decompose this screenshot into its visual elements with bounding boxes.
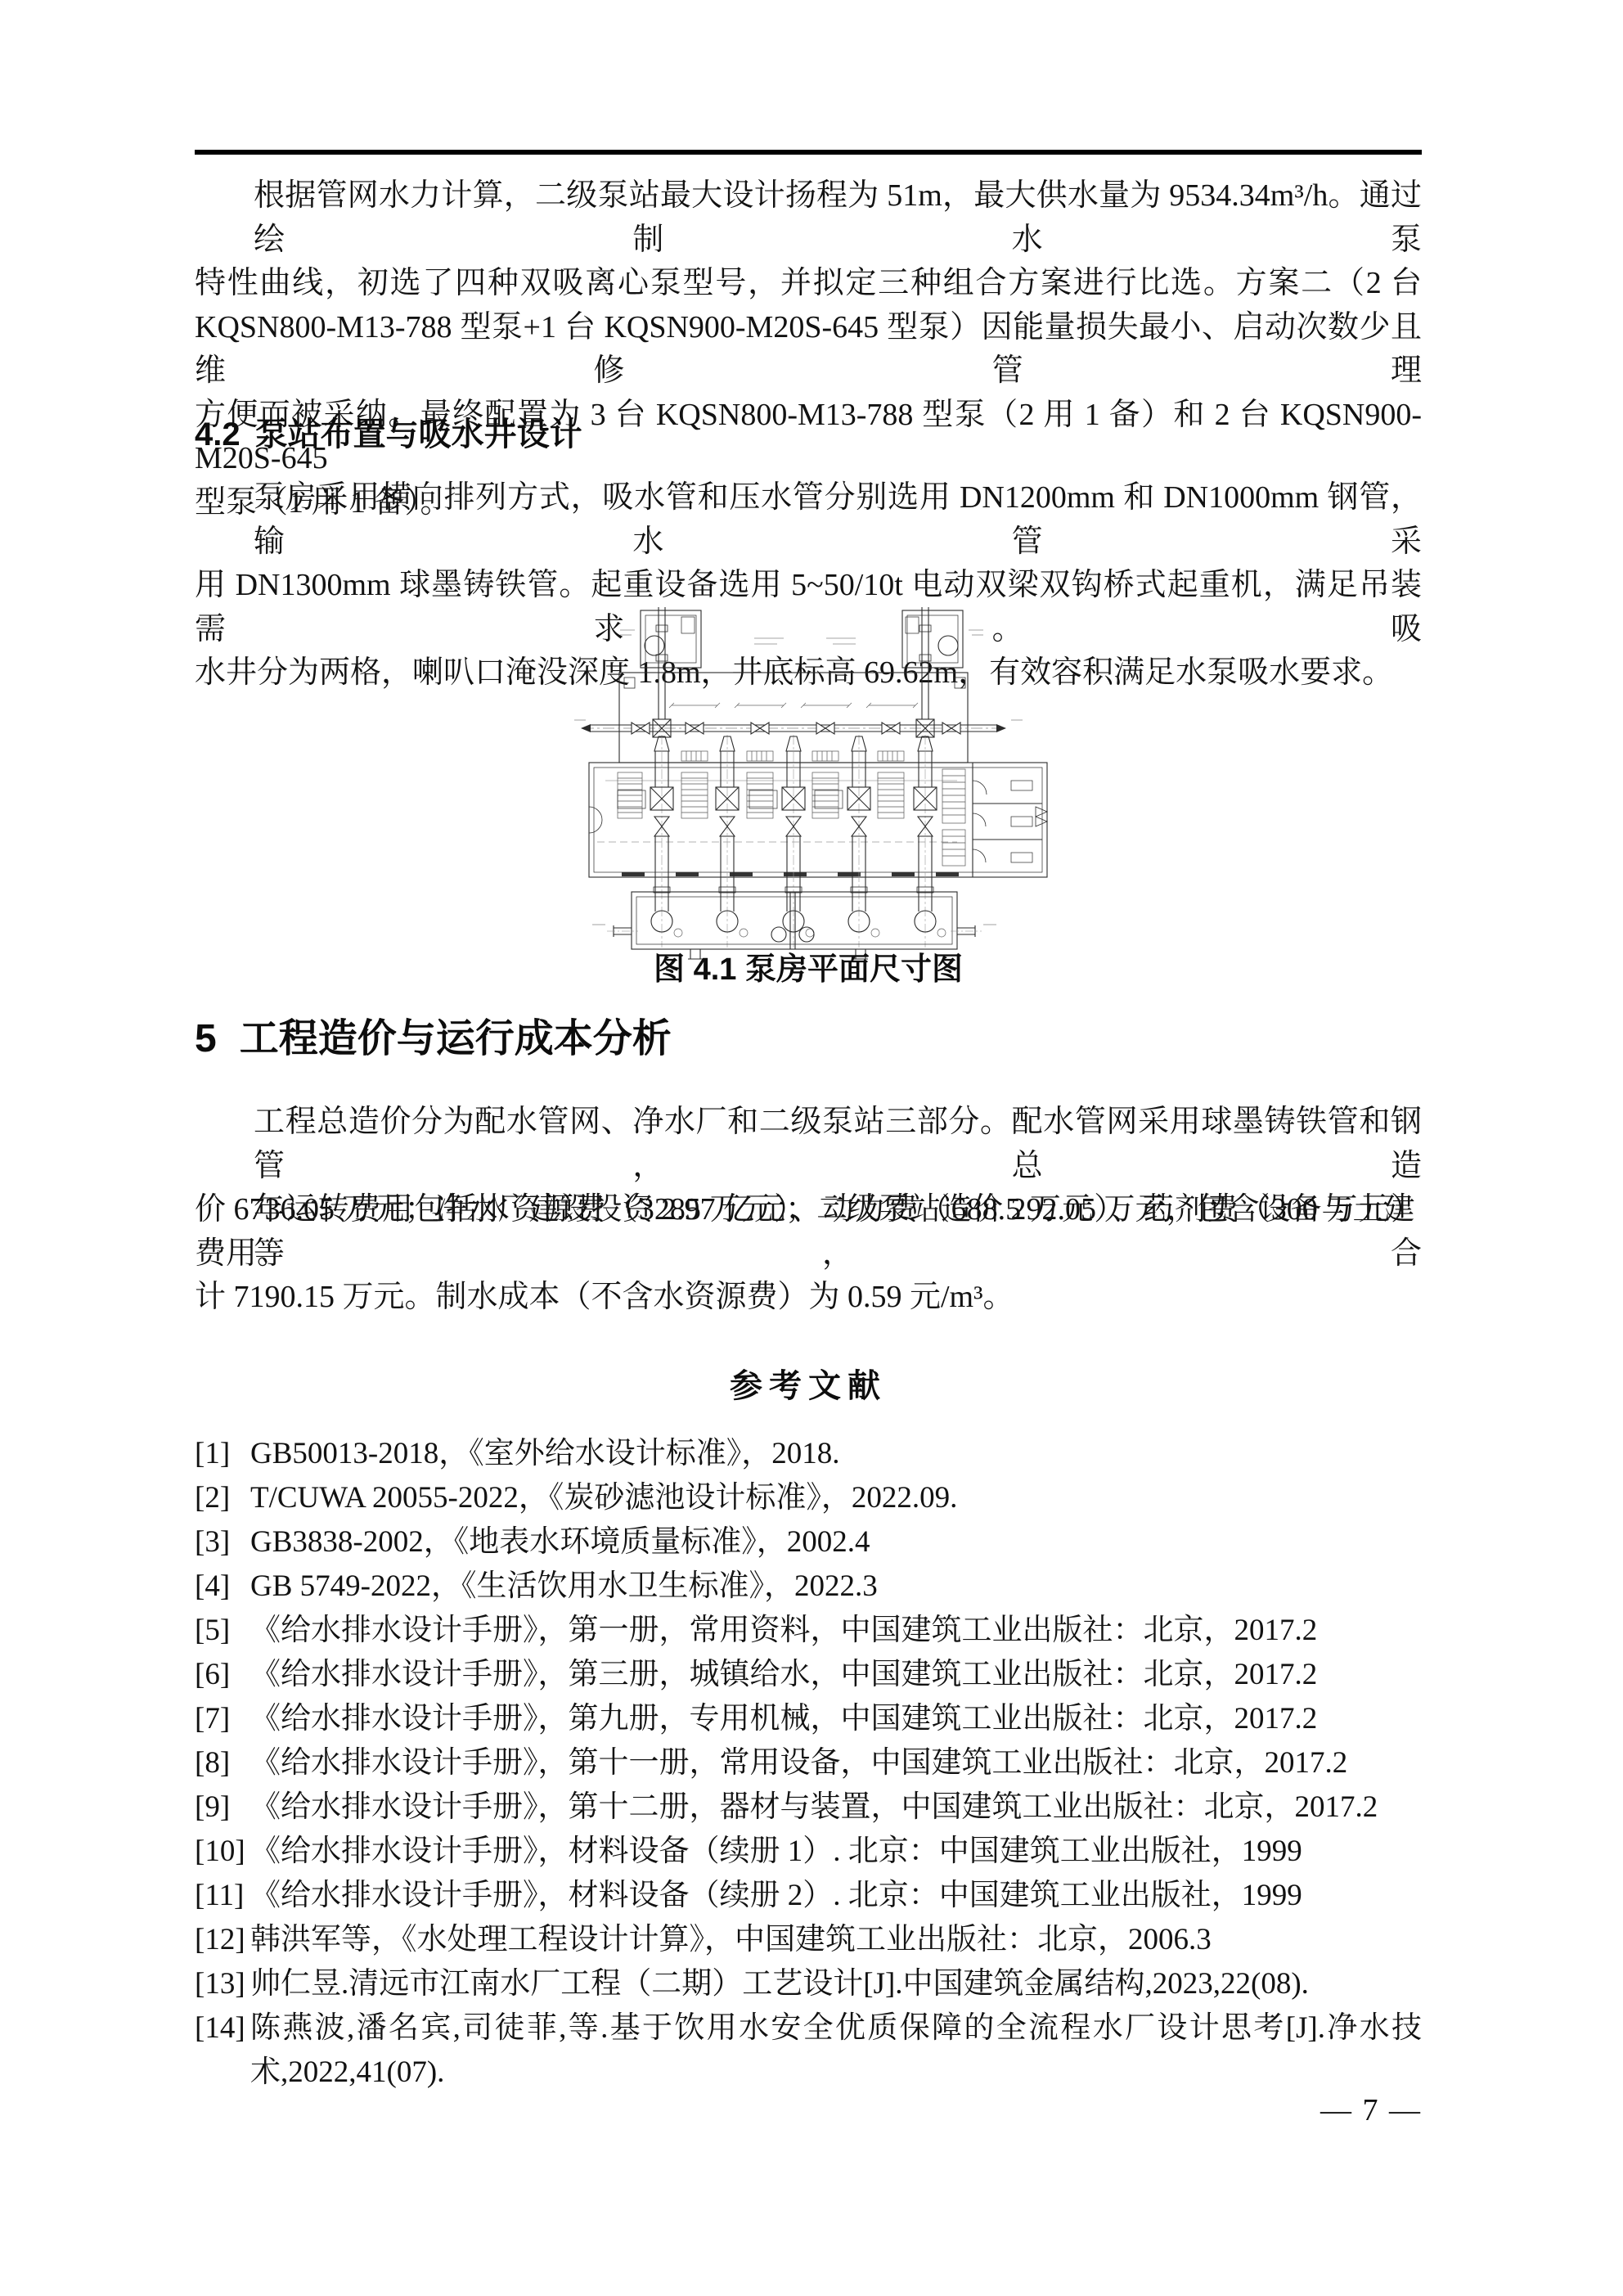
paragraph-pump-selection: 根据管网水力计算，二级泵站最大设计扬程为 51m，最大供水量为 9534.34m… xyxy=(195,174,1422,524)
paragraph-line: 计 7190.15 万元。制水成本（不含水资源费）为 0.59 元/m³。 xyxy=(195,1276,1422,1320)
document-page: 根据管网水力计算，二级泵站最大设计扬程为 51m，最大供水量为 9534.34m… xyxy=(0,0,1623,2296)
reference-item: [1]GB50013-2018，《室外给水设计标准》，2018. xyxy=(195,1432,1422,1476)
reference-text: 《给水排水设计手册》，第十一册，常用设备，中国建筑工业出版社：北京，2017.2 xyxy=(250,1746,1347,1780)
section-title: 工程造价与运行成本分析 xyxy=(240,1017,672,1060)
reference-text: 《给水排水设计手册》，材料设备（续册 1）. 北京：中国建筑工业出版社，1999 xyxy=(250,1835,1302,1868)
pump-house-plan-figure xyxy=(573,607,1055,964)
reference-item: [7]《给水排水设计手册》，第九册，专用机械，中国建筑工业出版社：北京，2017… xyxy=(195,1697,1422,1741)
section-title: 泵站布置与吸水井设计 xyxy=(255,416,582,452)
reference-item: [9]《给水排水设计手册》，第十二册，器材与装置，中国建筑工业出版社：北京，20… xyxy=(195,1785,1422,1830)
dimension-lines xyxy=(669,703,918,708)
reference-text: 帅仁昱.清远市江南水厂工程（二期）工艺设计[J].中国建筑金属结构,2023,2… xyxy=(250,1967,1309,2001)
reference-item: [14]陈燕波,潘名宾,司徒菲,等.基于饮用水安全优质保障的全流程水厂设计思考[… xyxy=(195,2006,1422,2095)
section-number: 5 xyxy=(195,1017,217,1060)
tank-riser-pipes xyxy=(656,607,931,719)
reference-text: 《给水排水设计手册》，第九册，专用机械，中国建筑工业出版社：北京，2017.2 xyxy=(250,1702,1317,1736)
left-inlet-chamber xyxy=(641,610,701,668)
reference-item: [4]GB 5749-2022，《生活饮用水卫生标准》，2022.3 xyxy=(195,1564,1422,1609)
reference-text: 《给水排水设计手册》，第三册，城镇给水，中国建筑工业出版社：北京，2017.2 xyxy=(250,1658,1317,1691)
annex-rooms xyxy=(973,763,1047,877)
header-rule xyxy=(195,150,1422,155)
reference-marker: [3] xyxy=(195,1520,230,1564)
stair-blocks xyxy=(618,769,965,866)
reference-item: [12]韩洪军等，《水处理工程设计计算》，中国建筑工业出版社：北京，2006.3 xyxy=(195,1918,1422,1962)
reference-item: [3]GB3838-2002，《地表水环境质量标准》，2002.4 xyxy=(195,1520,1422,1564)
reference-marker: [7] xyxy=(195,1697,230,1741)
reference-text: 陈燕波,潘名宾,司徒菲,等.基于饮用水安全优质保障的全流程水厂设计思考[J].净… xyxy=(250,2011,1422,2089)
pump-hall xyxy=(589,763,1047,877)
paragraph-line: KQSN800-M13-788 型泵+1 台 KQSN900-M20S-645 … xyxy=(195,306,1422,394)
right-inlet-chamber xyxy=(902,610,963,668)
reference-item: [5]《给水排水设计手册》，第一册，常用资料，中国建筑工业出版社：北京，2017… xyxy=(195,1609,1422,1653)
section-heading-4-2: 4.2泵站布置与吸水井设计 xyxy=(195,412,582,457)
page-number: — 7 — xyxy=(195,2091,1422,2129)
paragraph-line: 泵房采用横向排列方式，吸水管和压水管分别选用 DN1200mm 和 DN1000… xyxy=(195,476,1422,564)
reference-item: [2]T/CUWA 20055-2022，《炭砂滤池设计标准》，2022.09. xyxy=(195,1476,1422,1520)
hall-wall-windows xyxy=(622,872,959,876)
reference-text: 《给水排水设计手册》，材料设备（续册 2）. 北京：中国建筑工业出版社，1999 xyxy=(250,1879,1302,1912)
reference-marker: [2] xyxy=(195,1476,230,1520)
gallery-louvers xyxy=(681,751,904,761)
pump-units xyxy=(618,735,946,948)
reference-marker: [6] xyxy=(195,1653,230,1697)
reference-marker: [14] xyxy=(195,2006,245,2051)
paragraph-line: 年运转费用包括水资源费（3285 万元）、动力费（688.5 万元）、药剂费（3… xyxy=(195,1188,1422,1276)
reference-item: [10]《给水排水设计手册》，材料设备（续册 1）. 北京：中国建筑工业出版社，… xyxy=(195,1830,1422,1874)
reference-text: GB3838-2002，《地表水环境质量标准》，2002.4 xyxy=(250,1525,870,1559)
reference-marker: [5] xyxy=(195,1609,230,1653)
reference-item: [6]《给水排水设计手册》，第三册，城镇给水，中国建筑工业出版社：北京，2017… xyxy=(195,1653,1422,1697)
reference-item: [13]帅仁昱.清远市江南水厂工程（二期）工艺设计[J].中国建筑金属结构,20… xyxy=(195,1962,1422,2006)
reference-marker: [4] xyxy=(195,1564,230,1609)
reference-marker: [13] xyxy=(195,1962,245,2006)
reference-item: [8]《给水排水设计手册》，第十一册，常用设备，中国建筑工业出版社：北京，201… xyxy=(195,1741,1422,1785)
reference-marker: [12] xyxy=(195,1918,245,1962)
figure-caption: 图 4.1 泵房平面尺寸图 xyxy=(195,949,1422,990)
reference-marker: [11] xyxy=(195,1874,244,1918)
section-heading-5: 5工程造价与运行成本分析 xyxy=(195,1013,672,1065)
annotation-marks xyxy=(574,630,1023,925)
paragraph-line: 特性曲线，初选了四种双吸离心泵型号，并拟定三种组合方案进行比选。方案二（2 台 xyxy=(195,262,1422,306)
pump-house-plan-drawing xyxy=(573,607,1055,964)
reference-item: [11]《给水排水设计手册》，材料设备（续册 2）. 北京：中国建筑工业出版社，… xyxy=(195,1874,1422,1918)
paragraph-line: 根据管网水力计算，二级泵站最大设计扬程为 51m，最大供水量为 9534.34m… xyxy=(195,174,1422,262)
reference-marker: [8] xyxy=(195,1741,230,1785)
paragraph-operating-cost: 年运转费用包括水资源费（3285 万元）、动力费（688.5 万元）、药剂费（3… xyxy=(195,1188,1422,1320)
reference-marker: [9] xyxy=(195,1785,230,1830)
reference-text: GB50013-2018，《室外给水设计标准》，2018. xyxy=(250,1437,839,1470)
reference-text: 《给水排水设计手册》，第一册，常用资料，中国建筑工业出版社：北京，2017.2 xyxy=(250,1614,1317,1647)
section-number: 4.2 xyxy=(195,416,241,452)
references-list: [1]GB50013-2018，《室外给水设计标准》，2018. [2]T/CU… xyxy=(195,1432,1422,2095)
reference-marker: [10] xyxy=(195,1830,245,1874)
reference-marker: [1] xyxy=(195,1432,230,1476)
paragraph-line: 工程总造价分为配水管网、净水厂和二级泵站三部分。配水管网采用球墨铸铁管和钢管，总… xyxy=(195,1101,1422,1188)
reference-text: 韩洪军等，《水处理工程设计计算》，中国建筑工业出版社：北京，2006.3 xyxy=(250,1923,1212,1956)
reference-text: T/CUWA 20055-2022，《炭砂滤池设计标准》，2022.09. xyxy=(250,1481,957,1515)
reference-text: 《给水排水设计手册》，第十二册，器材与装置，中国建筑工业出版社：北京，2017.… xyxy=(250,1790,1378,1824)
reference-text: GB 5749-2022，《生活饮用水卫生标准》，2022.3 xyxy=(250,1569,878,1603)
references-title: 参考文献 xyxy=(195,1360,1422,1407)
